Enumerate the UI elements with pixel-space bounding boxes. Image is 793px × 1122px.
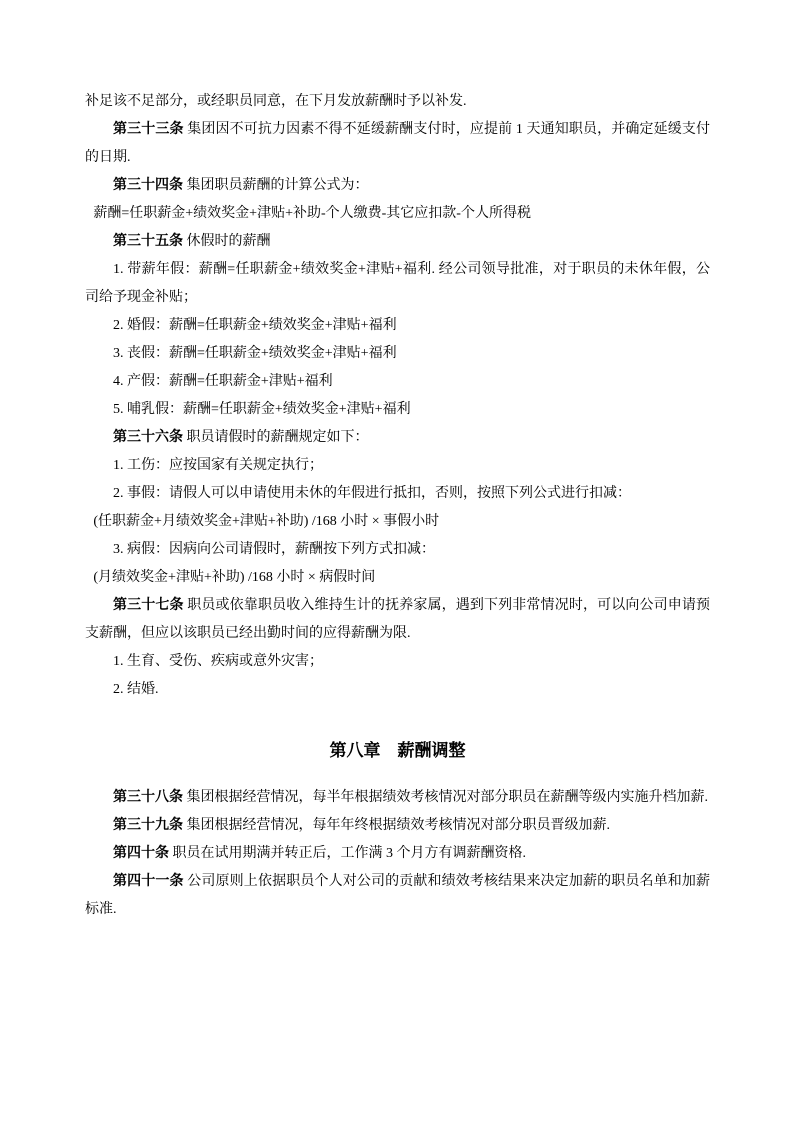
list-item-text: 2. 结婚. <box>113 682 159 697</box>
nursing-leave-item: 5. 哺乳假：薪酬=任职薪金+绩效奖金+津贴+福利 <box>85 396 710 424</box>
salary-formula: 薪酬=任职薪金+绩效奖金+津贴+补助-个人缴费-其它应扣款-个人所得税 <box>85 200 710 228</box>
sick-leave-item: 3. 病假：因病向公司请假时，薪酬按下列方式扣减： <box>85 536 710 564</box>
paragraph-text: 集团根据经营情况，每半年根据绩效考核情况对部分职员在薪酬等级内实施升档加薪. <box>183 790 708 805</box>
list-item-text: 2. 婚假：薪酬=任职薪金+绩效奖金+津贴+福利 <box>113 318 397 333</box>
article-39-paragraph: 第三十九条 集团根据经营情况，每年年终根据绩效考核情况对部分职员晋级加薪. <box>85 812 710 840</box>
formula-text: (任职薪金+月绩效奖金+津贴+补助) /168 小时 × 事假小时 <box>93 514 439 529</box>
maternity-leave-item: 4. 产假：薪酬=任职薪金+津贴+福利 <box>85 368 710 396</box>
article-38-number: 第三十八条 <box>113 790 183 805</box>
sick-leave-formula: (月绩效奖金+津贴+补助) /168 小时 × 病假时间 <box>85 564 710 592</box>
article-33-number: 第三十三条 <box>113 122 184 137</box>
personal-leave-formula: (任职薪金+月绩效奖金+津贴+补助) /168 小时 × 事假小时 <box>85 508 710 536</box>
work-injury-item: 1. 工伤：应按国家有关规定执行； <box>85 452 710 480</box>
article-41-paragraph: 第四十一条 公司原则上依据职员个人对公司的贡献和绩效考核结果来决定加薪的职员名单… <box>85 868 710 924</box>
article-40-paragraph: 第四十条 职员在试用期满并转正后，工作满 3 个月方有调薪酬资格. <box>85 840 710 868</box>
advance-reason-item-1: 1. 生育、受伤、疾病或意外灾害； <box>85 648 710 676</box>
list-item-text: 3. 丧假：薪酬=任职薪金+绩效奖金+津贴+福利 <box>113 346 397 361</box>
list-item-text: 1. 生育、受伤、疾病或意外灾害； <box>113 654 323 669</box>
carryover-paragraph: 补足该不足部分，或经职员同意，在下月发放薪酬时予以补发. <box>85 88 710 116</box>
article-34-number: 第三十四条 <box>113 178 183 193</box>
paragraph-text: 休假时的薪酬 <box>183 234 271 249</box>
article-41-number: 第四十一条 <box>113 874 184 889</box>
list-item-text: 1. 带薪年假：薪酬=任职薪金+绩效奖金+津贴+福利. 经公司领导批准，对于职员… <box>85 262 710 305</box>
annual-leave-item: 1. 带薪年假：薪酬=任职薪金+绩效奖金+津贴+福利. 经公司领导批准，对于职员… <box>85 256 710 312</box>
article-34-paragraph: 第三十四条 集团职员薪酬的计算公式为： <box>85 172 710 200</box>
formula-text: 薪酬=任职薪金+绩效奖金+津贴+补助-个人缴费-其它应扣款-个人所得税 <box>93 206 531 221</box>
document-page: 补足该不足部分，或经职员同意，在下月发放薪酬时予以补发. 第三十三条 集团因不可… <box>0 0 793 1122</box>
marriage-leave-item: 2. 婚假：薪酬=任职薪金+绩效奖金+津贴+福利 <box>85 312 710 340</box>
article-36-number: 第三十六条 <box>113 430 183 445</box>
list-item-text: 2. 事假：请假人可以申请使用未休的年假进行抵扣，否则，按照下列公式进行扣减： <box>113 486 631 501</box>
chapter-8-heading: 第八章 薪酬调整 <box>85 736 710 766</box>
paragraph-text: 补足该不足部分，或经职员同意，在下月发放薪酬时予以补发. <box>85 94 467 109</box>
list-item-text: 3. 病假：因病向公司请假时，薪酬按下列方式扣减： <box>113 542 435 557</box>
list-item-text: 4. 产假：薪酬=任职薪金+津贴+福利 <box>113 374 333 389</box>
article-36-paragraph: 第三十六条 职员请假时的薪酬规定如下： <box>85 424 710 452</box>
article-33-paragraph: 第三十三条 集团因不可抗力因素不得不延缓薪酬支付时，应提前 1 天通知职员，并确… <box>85 116 710 172</box>
article-35-paragraph: 第三十五条 休假时的薪酬 <box>85 228 710 256</box>
formula-text: (月绩效奖金+津贴+补助) /168 小时 × 病假时间 <box>93 570 375 585</box>
article-39-number: 第三十九条 <box>113 818 183 833</box>
article-38-paragraph: 第三十八条 集团根据经营情况，每半年根据绩效考核情况对部分职员在薪酬等级内实施升… <box>85 784 710 812</box>
paragraph-text: 集团根据经营情况，每年年终根据绩效考核情况对部分职员晋级加薪. <box>183 818 610 833</box>
article-37-paragraph: 第三十七条 职员或依靠职员收入维持生计的抚养家属，遇到下列非常情况时，可以向公司… <box>85 592 710 648</box>
paragraph-text: 职员在试用期满并转正后，工作满 3 个月方有调薪酬资格. <box>169 846 526 861</box>
list-item-text: 1. 工伤：应按国家有关规定执行； <box>113 458 323 473</box>
funeral-leave-item: 3. 丧假：薪酬=任职薪金+绩效奖金+津贴+福利 <box>85 340 710 368</box>
article-40-number: 第四十条 <box>113 846 169 861</box>
article-37-number: 第三十七条 <box>113 598 184 613</box>
article-35-number: 第三十五条 <box>113 234 183 249</box>
list-item-text: 5. 哺乳假：薪酬=任职薪金+绩效奖金+津贴+福利 <box>113 402 411 417</box>
personal-leave-item: 2. 事假：请假人可以申请使用未休的年假进行抵扣，否则，按照下列公式进行扣减： <box>85 480 710 508</box>
paragraph-text: 集团职员薪酬的计算公式为： <box>183 178 369 193</box>
advance-reason-item-2: 2. 结婚. <box>85 676 710 704</box>
paragraph-text: 职员请假时的薪酬规定如下： <box>183 430 369 445</box>
